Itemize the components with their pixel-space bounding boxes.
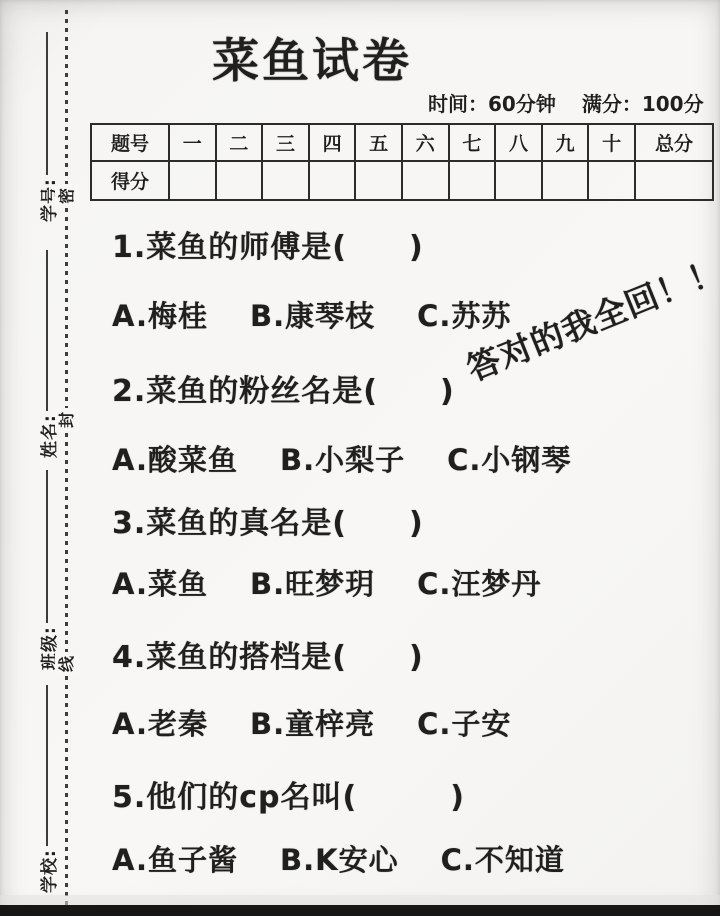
score-cell-empty [310,162,357,199]
name-blank-line [46,250,48,411]
question-1-options: A.梅桂 B.康琴枝 C.苏苏 [112,294,511,335]
score-cell-empty [496,162,543,199]
score-cell-empty [403,162,450,199]
option: C.不知道 [441,838,565,879]
score-table-col: 九 [543,125,590,162]
exam-title: 菜鱼试卷 [212,24,412,91]
option: A.酸菜鱼 [112,438,238,479]
student-id-blank-line [46,32,48,175]
score-table-row1-label: 题号 [92,125,170,162]
score-cell-empty [356,162,403,199]
option: A.菜鱼 [112,562,208,603]
exam-info-line: 时间：60分钟 满分：100分 [428,88,704,117]
score-cell-empty [263,162,310,199]
question-2-stem: 2.菜鱼的粉丝名是( ) [112,366,455,410]
score-table-col: 总分 [636,125,712,162]
score-table-col: 六 [403,125,450,162]
score-cell-empty [543,162,590,199]
option: B.童梓亮 [250,702,375,743]
option: B.康琴枝 [250,294,375,335]
option: A.鱼子酱 [112,838,238,879]
question-3-options: A.菜鱼 B.旺梦玥 C.汪梦丹 [112,562,541,603]
seal-char-mi: 密 [55,184,79,208]
option: B.小梨子 [280,438,405,479]
option: C.小钢琴 [447,438,571,479]
class-field: 班级: [36,470,58,670]
question-4-options: A.老秦 B.童梓亮 C.子安 [112,702,511,743]
score-cell-empty [450,162,497,199]
option: B.旺梦玥 [250,562,375,603]
option: C.子安 [417,702,511,743]
bottom-black-edge [0,905,720,916]
question-1-stem: 1.菜鱼的师傅是( ) [112,222,424,266]
score-table-col: 三 [263,125,310,162]
score-table: 题号 一 二 三 四 五 六 七 八 九 十 总分 得分 [90,123,714,201]
score-table-col: 八 [496,125,543,162]
option: A.梅桂 [112,294,208,335]
score-table-col: 一 [170,125,217,162]
class-blank-line [46,470,48,623]
question-5-stem: 5.他们的cp名叫( ) [112,772,465,816]
option: C.汪梦丹 [417,562,541,603]
score-cell-empty [217,162,264,199]
score-table-col: 十 [589,125,636,162]
score-cell-empty [589,162,636,199]
option: A.老秦 [112,702,208,743]
option: B.K安心 [280,838,399,879]
question-2-options: A.酸菜鱼 B.小梨子 C.小钢琴 [112,438,571,479]
seal-dotted-line [65,10,68,906]
score-table-col: 五 [356,125,403,162]
score-table-row2-label: 得分 [92,162,170,199]
question-3-stem: 3.菜鱼的真名是( ) [112,498,424,542]
score-cell-empty [170,162,217,199]
score-table-col: 二 [217,125,264,162]
school-field: 学校: [36,685,58,893]
time-limit-label: 时间：60分钟 [428,88,556,117]
seal-char-xian: 线 [55,652,79,676]
full-score-label: 满分：100分 [582,88,704,117]
score-cell-empty [636,162,712,199]
seal-char-feng: 封 [55,408,79,432]
score-table-col: 七 [450,125,497,162]
bottom-edge-fade [0,895,720,905]
score-table-col: 四 [310,125,357,162]
question-4-stem: 4.菜鱼的搭档是( ) [112,632,424,676]
school-label: 学校: [35,849,60,893]
question-5-options: A.鱼子酱 B.K安心 C.不知道 [112,838,565,879]
option: C.苏苏 [417,294,511,335]
school-blank-line [46,685,48,846]
